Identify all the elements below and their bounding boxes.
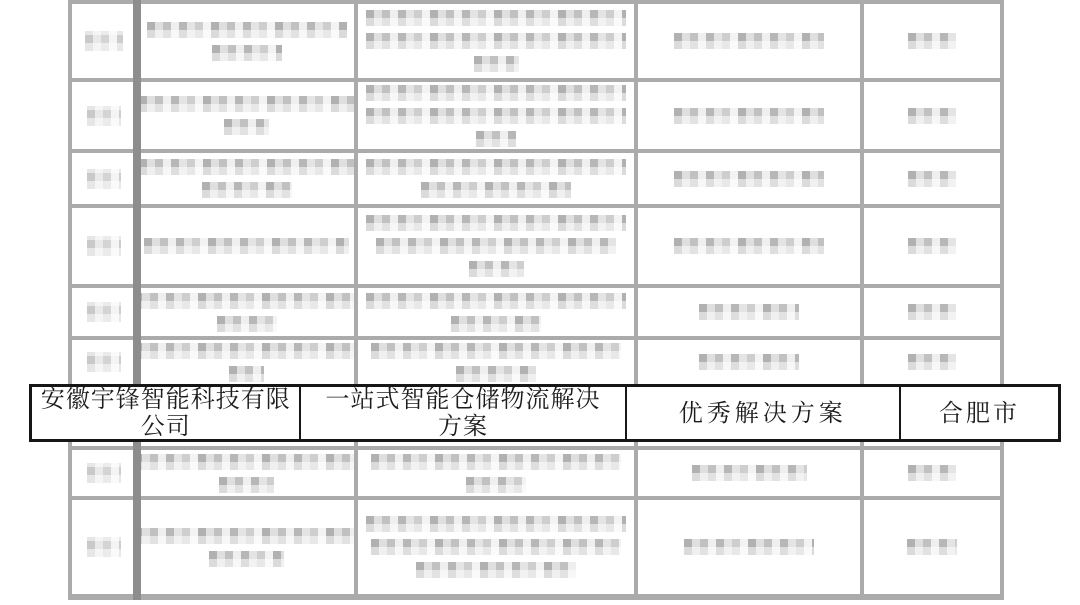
censored-text-line [366,108,626,124]
censored-cell-company [139,450,354,496]
censored-text-line [692,465,807,481]
censored-text-line [699,304,799,320]
censored-text-line [674,171,824,187]
censored-cell-city [864,82,1000,149]
censored-number-block [87,352,121,372]
censored-text-line [684,539,814,555]
censored-cell-solution [358,4,634,78]
censored-text-line [139,293,354,309]
censored-text-line [139,96,354,112]
censored-text-line [908,108,956,124]
censored-text-line [456,366,536,382]
censored-cell-company [139,288,354,336]
censored-cell-num [72,340,135,384]
awards-table [68,0,1004,600]
censored-text-line [229,366,264,382]
censored-text-line [139,159,354,175]
censored-text-line [366,33,626,49]
censored-cell-city [864,208,1000,284]
censored-text-line [674,33,824,49]
column-divider [133,0,141,600]
censored-cell-num [72,450,135,496]
censored-cell-award [638,208,860,284]
censored-cell-city [864,500,1000,594]
censored-cell-num [72,208,135,284]
censored-cell-award [638,288,860,336]
censored-number-block [87,463,121,483]
censored-text-line [469,261,524,277]
censored-text-line [908,33,956,49]
censored-text-line [908,171,956,187]
censored-text-line [416,562,576,578]
censored-text-line [476,131,516,147]
censored-text-line [907,539,957,555]
censored-text-line [371,343,621,359]
censored-text-line [366,10,626,26]
censored-text-line [366,516,626,532]
censored-cell-award [638,153,860,204]
censored-text-line [139,454,354,470]
censored-text-line [366,215,626,231]
censored-number-block [85,31,123,51]
highlight-solution-cell: 一站式智能仓储物流解决方案 [301,387,626,439]
censored-cell-city [864,450,1000,496]
censored-cell-num [72,82,135,149]
censored-cell-num [72,153,135,204]
censored-cell-company [139,153,354,204]
censored-cell-company [139,208,354,284]
censored-cell-solution [358,82,634,149]
censored-text-line [674,238,824,254]
censored-text-line [376,238,616,254]
censored-text-line [908,238,956,254]
censored-cell-solution [358,500,634,594]
censored-number-block [87,302,121,322]
censored-text-line [224,119,269,135]
censored-text-line [451,316,541,332]
censored-text-line [139,343,354,359]
censored-cell-award [638,4,860,78]
censored-cell-city [864,340,1000,384]
censored-cell-num [72,288,135,336]
censored-text-line [474,56,519,72]
document-page: 安徽宇锋智能科技有限公司 一站式智能仓储物流解决方案 优秀解决方案 合肥市 [0,0,1080,605]
censored-text-line [371,454,621,470]
censored-text-line [219,477,274,493]
censored-text-line [139,528,354,544]
censored-text-line [366,85,626,101]
censored-text-line [147,22,347,38]
censored-cell-city [864,288,1000,336]
censored-text-line [699,354,799,370]
censored-cell-solution [358,450,634,496]
censored-text-line [371,539,621,555]
highlight-city-cell: 合肥市 [901,387,1058,439]
censored-cell-num [72,4,135,78]
censored-cell-solution [358,288,634,336]
censored-cell-city [864,4,1000,78]
censored-text-line [202,182,292,198]
censored-text-line [217,316,277,332]
censored-text-line [908,465,956,481]
censored-text-line [908,354,956,370]
censored-number-block [87,236,121,256]
censored-cell-solution [358,340,634,384]
highlight-company-cell: 安徽宇锋智能科技有限公司 [32,387,301,439]
censored-text-line [209,551,284,567]
censored-cell-company [139,82,354,149]
censored-text-line [366,159,626,175]
censored-text-line [366,293,626,309]
highlight-row: 安徽宇锋智能科技有限公司 一站式智能仓储物流解决方案 优秀解决方案 合肥市 [29,384,1061,442]
censored-cell-company [139,500,354,594]
censored-cell-company [139,340,354,384]
censored-number-block [87,169,121,189]
censored-cell-award [638,450,860,496]
censored-number-block [87,106,121,126]
censored-cell-award [638,340,860,384]
censored-text-line [908,304,956,320]
censored-cell-solution [358,153,634,204]
censored-cell-award [638,500,860,594]
censored-text-line [466,477,526,493]
censored-text-line [212,45,282,61]
censored-text-line [674,108,824,124]
censored-text-line [144,238,349,254]
censored-cell-city [864,153,1000,204]
censored-cell-num [72,500,135,594]
censored-cell-company [139,4,354,78]
highlight-award-cell: 优秀解决方案 [627,387,901,439]
censored-cell-solution [358,208,634,284]
censored-cell-award [638,82,860,149]
censored-text-line [421,182,571,198]
censored-number-block [87,537,121,557]
